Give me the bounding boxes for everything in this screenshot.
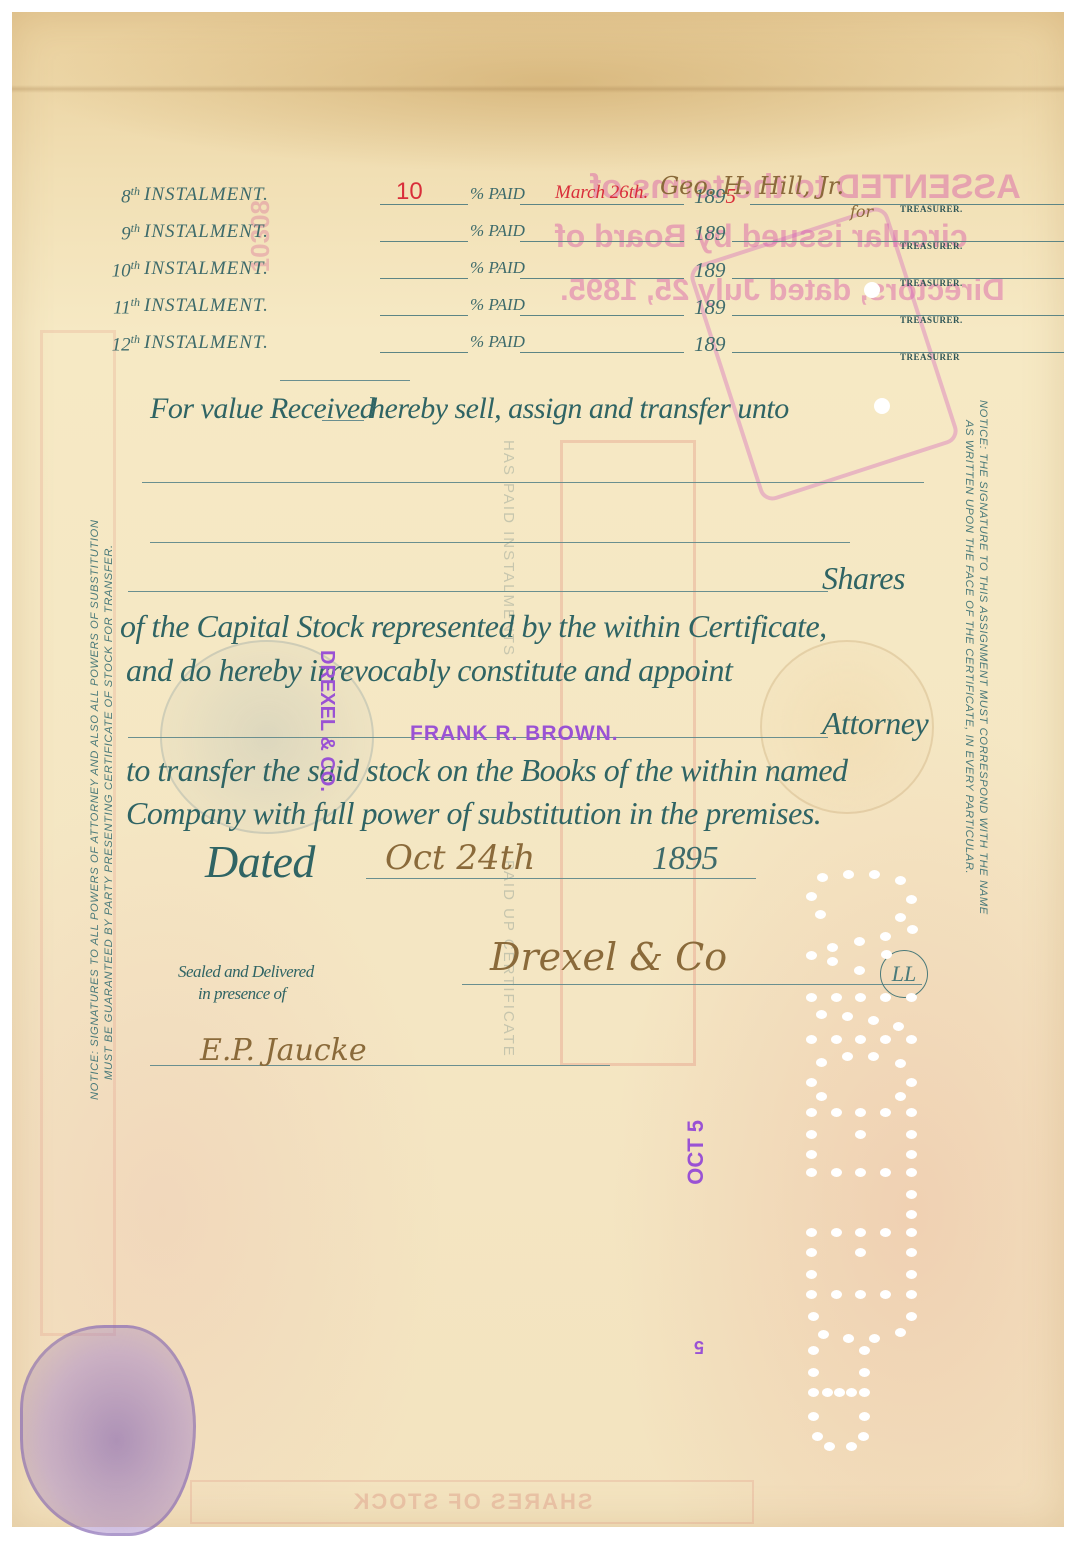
instalment-label: INSTALMENT. [144,295,269,317]
perforation-hole [906,1168,917,1177]
date-line [366,878,756,879]
perforation-hole [806,1078,817,1087]
perforation-hole [906,1248,917,1257]
perforation-hole [858,1432,869,1441]
perforation-hole [855,1228,866,1237]
percent-paid-label: % PAID [470,332,525,352]
perforation-hole [816,1092,827,1101]
purple-ink-stain [20,1325,196,1536]
perforation-hole [846,1442,857,1451]
date-blank [520,278,684,279]
perforation-hole [859,1346,870,1355]
perforation-hole [843,1334,854,1343]
instalment-label: INSTALMENT. [144,221,269,243]
instalment-label: INSTALMENT. [144,332,269,354]
ghost-shares-banner: SHARES OF STOCK [190,1480,754,1524]
date-blank [520,241,684,242]
perforation-hole [906,1228,917,1237]
perforation-hole [859,1368,870,1377]
treasurer-label: TREASURER [900,352,960,362]
shares-label: Shares [822,560,905,597]
perforation-hole [831,993,842,1002]
perforation-hole [831,1035,842,1044]
sell-assign-transfer: hereby sell, assign and transfer unto [370,392,789,426]
perforation-hole [906,1290,917,1299]
perforation-hole [806,1150,817,1159]
perforation-hole [827,943,838,952]
perforation-hole [906,1210,917,1219]
instalment-row-10: 10th INSTALMENT. % PAID 189 TREASURER. [100,258,980,288]
firm-vertical-stamp: DREXEL & CO. [315,650,338,792]
perforation-hole [806,1270,817,1279]
treasurer-signature-line [732,241,1064,242]
instalment-label: INSTALMENT. [144,184,269,206]
dated-year: 1895 [652,840,718,878]
capital-stock-line: of the Capital Stock represented by the … [120,608,827,645]
perforation-hole [906,1150,917,1159]
perforation-hole [806,1228,817,1237]
treasurer-signature: Geo. H. Hill, Jr. [660,172,844,200]
payment-year: 189 [694,221,726,246]
notice-left-signatures: NOTICE: SIGNATURES TO ALL POWERS OF ATTO… [88,380,138,1100]
perforation-hole [855,1108,866,1117]
perforation-hole [831,1290,842,1299]
perforation-hole [868,1052,879,1061]
perforation-hole [842,1012,853,1021]
date-blank [520,315,684,316]
perforation-hole [827,957,838,966]
perforation-hole [834,1388,845,1397]
payment-year: 189 [694,332,726,357]
perforation-hole [880,1108,891,1117]
perforation-hole [831,1108,842,1117]
instalment-ordinal: 11th [100,295,140,319]
perforation-hole [869,870,880,879]
perforation-hole [842,1052,853,1061]
witness-signature: E.P. Jaucke [200,1033,367,1068]
perforation-hole [906,895,917,904]
date-blank [520,352,684,353]
perforation-hole [906,1270,917,1279]
perforation-hole [895,1328,906,1337]
perforation-hole [806,1035,817,1044]
perforation-hole [855,1290,866,1299]
instalment-label: INSTALMENT. [144,258,269,280]
assignor-signature-line [462,984,922,985]
shares-count-line [128,591,828,592]
perforation-hole [808,1388,819,1397]
perforation-hole [906,1130,917,1139]
perforation-hole [854,937,865,946]
perforation-hole [808,1346,819,1355]
assignee-line [142,482,924,483]
perforation-hole [815,910,826,919]
perforation-hole [808,1312,819,1321]
attorney-label: Attorney [822,705,928,742]
payment-year: 189 [694,258,726,283]
perforation-hole [881,950,892,959]
perforation-hole [880,932,891,941]
payment-year: 189 [694,295,726,320]
perforation-hole [895,1092,906,1101]
instalment-row-8: 8th INSTALMENT. 10 % PAID March 26th. 18… [100,184,980,214]
in-presence-of-label: in presence of [198,984,286,1004]
percent-paid-value: 10 [396,178,423,206]
perforation-hole [855,1168,866,1177]
assignor-blank [322,420,364,421]
perforation-hole [806,1290,817,1299]
perforation-hole [907,925,918,934]
perforation-hole [868,1016,879,1025]
perforation-hole [906,1312,917,1321]
assignor-signature: Drexel & Co [490,935,727,979]
notice-right-signature-match: NOTICE: THE SIGNATURE TO THIS ASSIGNMENT… [940,400,990,1080]
dated-label: Dated [205,835,315,888]
perforation-hole [906,1108,917,1117]
perforation-hole [822,1388,833,1397]
treasurer-label: TREASURER. [900,278,963,288]
perforation-hole [906,993,917,1002]
perforation-hole [806,1168,817,1177]
percent-blank [380,278,468,279]
perforation-hole [906,1078,917,1087]
perforation-hole [880,1228,891,1237]
perforation-hole [818,1330,829,1339]
perforation-hole [893,1022,904,1031]
transfer-books-line: to transfer the said stock on the Books … [126,752,848,789]
percent-paid-label: % PAID [470,221,525,241]
perforation-hole [880,993,891,1002]
instalment-ordinal: 10th [100,258,140,282]
instalment-row-9: 9th INSTALMENT. % PAID 189 TREASURER. [100,221,980,251]
perforation-hole [855,1130,866,1139]
perforation-hole [906,1035,917,1044]
attorney-name-stamp: FRANK R. BROWN. [410,722,619,746]
perforation-hole [806,1248,817,1257]
perforation-hole [806,1130,817,1139]
paper-fold-crease [12,85,1064,93]
perforation-hole [808,1412,819,1421]
percent-blank [380,204,468,205]
perforation-hole [855,1248,866,1257]
instalment-ordinal: 9th [100,221,140,245]
perforation-hole [824,1442,835,1451]
perforation-hole [880,1168,891,1177]
percent-paid-label: % PAID [470,295,525,315]
perforation-hole [843,870,854,879]
perforation-hole [895,876,906,885]
perforation-hole [855,1035,866,1044]
perforation-hole [806,993,817,1002]
perforation-hole [880,1290,891,1299]
small-mark-stamp: 5 [694,1336,704,1357]
divider-rule [280,380,410,381]
perforation-hole [846,1388,857,1397]
instalment-ordinal: 12th [100,332,140,356]
instalment-ordinal: 8th [100,184,140,208]
perforation-hole [859,1388,870,1397]
perforation-hole [816,1010,827,1019]
dated-value: Oct 24th [385,838,535,878]
instalment-row-11: 11th INSTALMENT. % PAID 189 TREASURER. [100,295,980,325]
perforation-hole [806,951,817,960]
date-received-stamp: OCT 5 [683,1120,709,1185]
perforation-hole [806,892,817,901]
perforation-hole [859,1412,870,1421]
treasurer-label: TREASURER. [900,204,963,214]
notice-right-line-1: NOTICE: THE SIGNATURE TO THIS ASSIGNMENT… [976,400,990,1080]
perforation-hole [806,1108,817,1117]
percent-blank [380,315,468,316]
sealed-delivered-label: Sealed and Delivered [178,962,314,982]
perforation-hole [816,1058,827,1067]
perforation-hole [808,1368,819,1377]
constitute-appoint-line: and do hereby irrevocably constitute and… [126,652,732,689]
treasurer-signature-note: for [850,202,873,221]
perforation-hole [906,1190,917,1199]
percent-blank [380,241,468,242]
assignee-line-2 [150,542,850,543]
treasurer-label: TREASURER. [900,315,963,325]
payment-date: March 26th. [555,182,648,204]
treasurer-label: TREASURER. [900,241,963,251]
notice-left-line-2: MUST BE GUARANTEED BY PARTY PRESENTING C… [102,380,116,1100]
perforation-hole [831,1168,842,1177]
date-blank [520,204,684,205]
treasurer-signature-line [732,352,1064,353]
percent-blank [380,352,468,353]
punch-hole [874,398,890,414]
perforation-hole [817,873,828,882]
perforation-hole [880,1035,891,1044]
percent-paid-label: % PAID [470,184,525,204]
treasurer-signature-line [732,278,1064,279]
notice-left-line-1: NOTICE: SIGNATURES TO ALL POWERS OF ATTO… [88,380,102,1100]
perforation-hole [831,1228,842,1237]
perforation-hole [895,913,906,922]
perforation-hole [812,1432,823,1441]
perforation-hole [869,1334,880,1343]
instalment-row-12: 12th INSTALMENT. % PAID 189 TREASURER [100,332,980,362]
perforation-hole [854,966,865,975]
treasurer-signature-line [732,315,1064,316]
perforation-hole [855,993,866,1002]
substitution-line: Company with full power of substitution … [126,795,821,832]
perforation-hole [895,1059,906,1068]
notice-right-line-2: AS WRITTEN UPON THE FACE OF THE CERTIFIC… [962,400,976,1080]
punch-hole [864,282,880,298]
percent-paid-label: % PAID [470,258,525,278]
